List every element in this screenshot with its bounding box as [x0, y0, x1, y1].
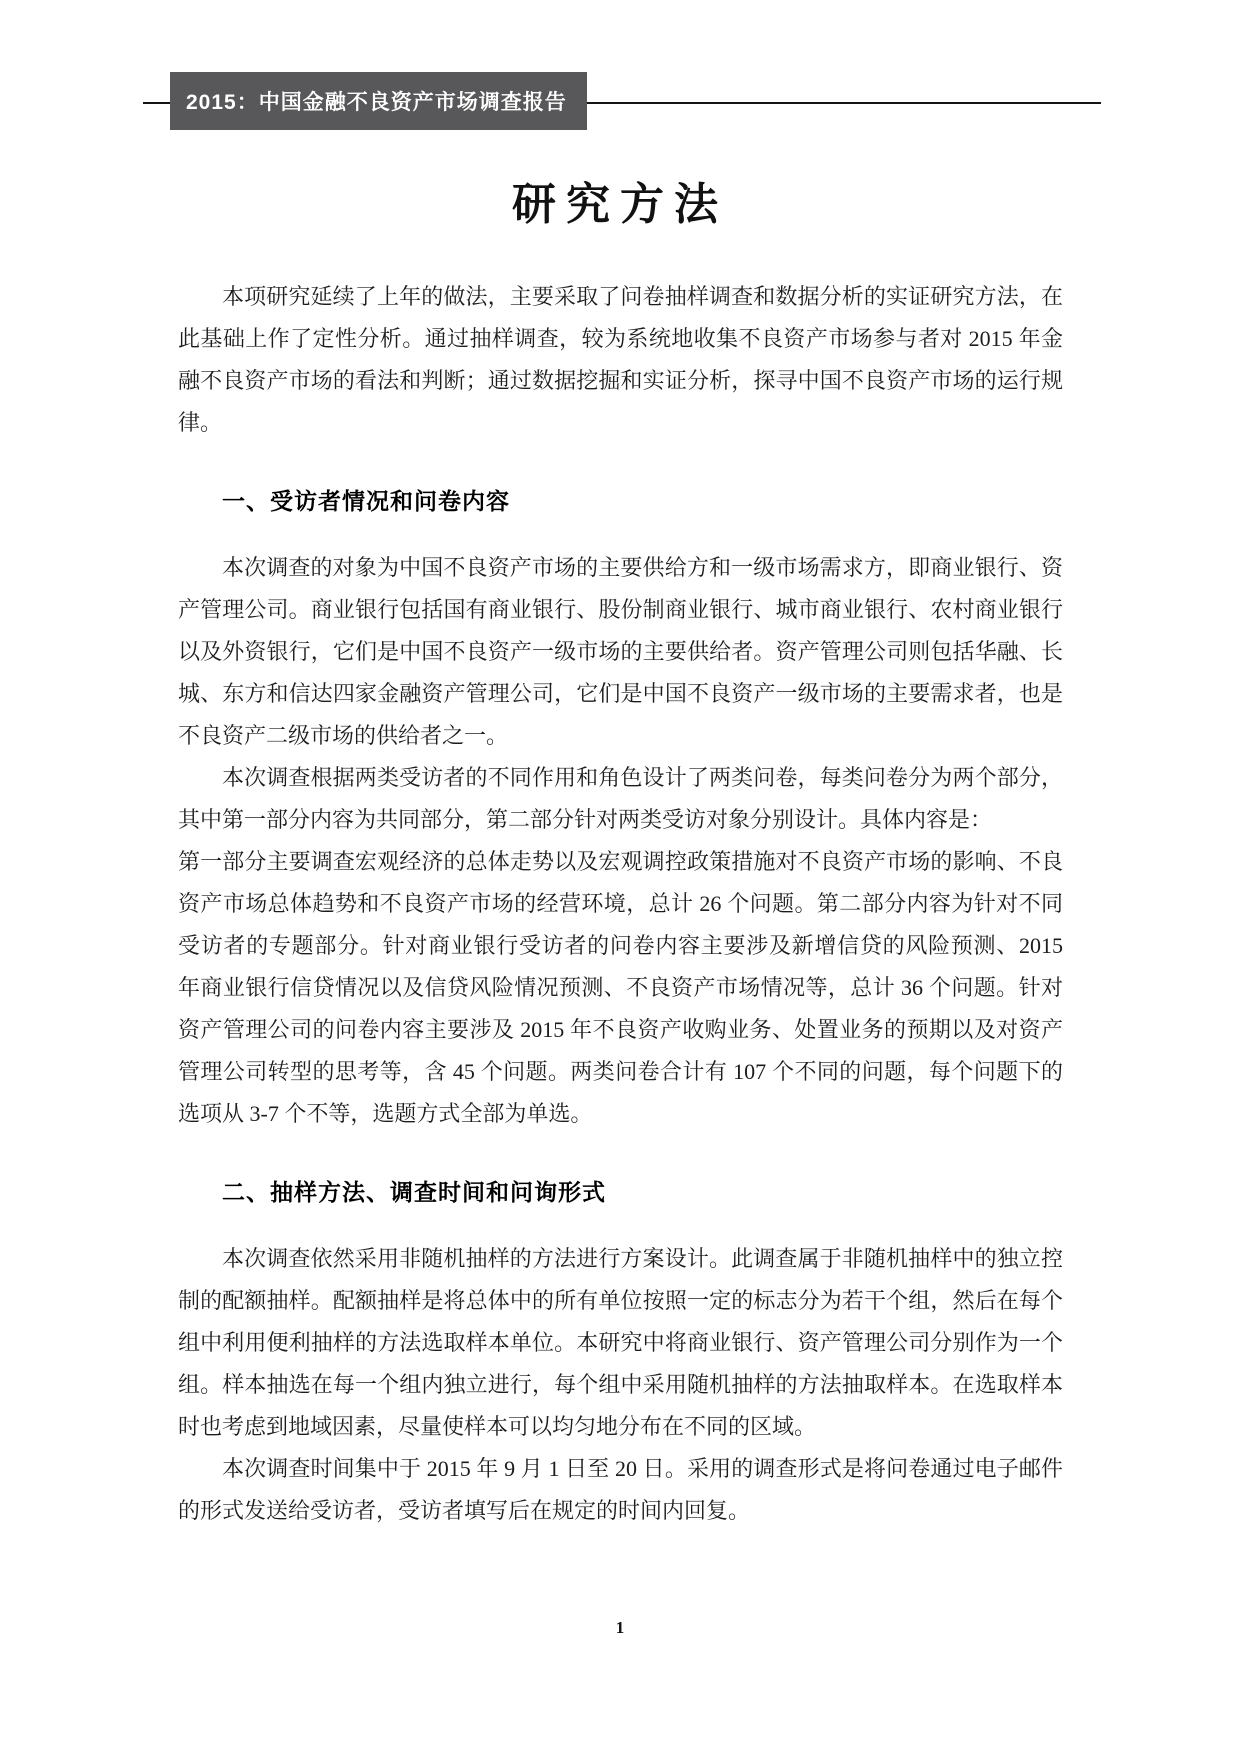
paragraph: 第一部分主要调查宏观经济的总体走势以及宏观调控政策措施对不良资产市场的影响、不良… — [178, 841, 1063, 1135]
paragraph: 本项研究延续了上年的做法，主要采取了问卷抽样调查和数据分析的实证研究方法，在此基… — [178, 276, 1063, 444]
report-title-badge: 2015：中国金融不良资产市场调查报告 — [170, 72, 587, 130]
paragraph: 本次调查时间集中于 2015 年 9 月 1 日至 20 日。采用的调查形式是将… — [178, 1448, 1063, 1532]
document-page: 2015：中国金融不良资产市场调查报告 研究方法 本项研究延续了上年的做法，主要… — [0, 0, 1240, 1754]
section-heading-1: 一、受访者情况和问卷内容 — [222, 486, 1063, 517]
page-title: 研究方法 — [0, 168, 1240, 232]
paragraph: 本次调查依然采用非随机抽样的方法进行方案设计。此调查属于非随机抽样中的独立控制的… — [178, 1238, 1063, 1448]
paragraph: 本次调查的对象为中国不良资产市场的主要供给方和一级市场需求方，即商业银行、资产管… — [178, 547, 1063, 757]
running-header: 2015：中国金融不良资产市场调查报告 — [0, 72, 1240, 130]
section-heading-2: 二、抽样方法、调查时间和问询形式 — [222, 1177, 1063, 1208]
paragraph: 本次调查根据两类受访者的不同作用和角色设计了两类问卷，每类问卷分为两个部分，其中… — [178, 757, 1063, 841]
page-number: 1 — [0, 1618, 1240, 1638]
document-body: 本项研究延续了上年的做法，主要采取了问卷抽样调查和数据分析的实证研究方法，在此基… — [178, 276, 1063, 1532]
